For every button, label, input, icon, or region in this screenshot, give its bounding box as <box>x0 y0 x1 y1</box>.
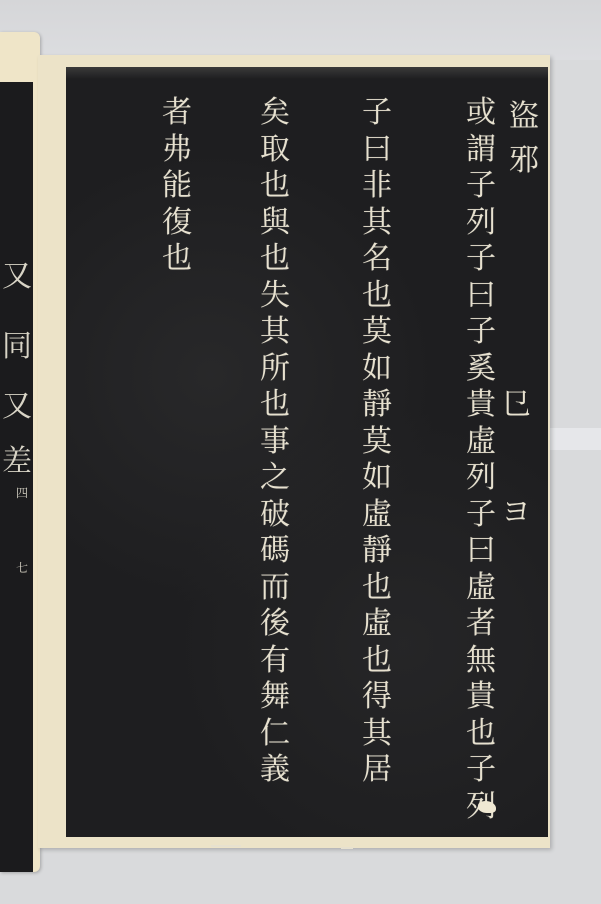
glyph: 其 <box>260 314 290 351</box>
mid-mark: 㔾 <box>501 379 531 423</box>
glyph: 虛 <box>466 424 496 461</box>
glyph: 取 <box>260 132 290 169</box>
glyph: 也 <box>362 643 392 680</box>
glyph: 與 <box>260 205 290 242</box>
glyph: 列 <box>466 460 496 497</box>
glyph: 邪 <box>509 139 539 183</box>
left-char: 又 <box>2 392 32 422</box>
glyph: 所 <box>260 351 290 388</box>
glyph: 者 <box>466 606 496 643</box>
backdrop-band <box>548 428 601 450</box>
glyph: 也 <box>362 278 392 315</box>
glyph: 其 <box>362 716 392 753</box>
glyph: 也 <box>466 716 496 753</box>
glyph: 也 <box>260 387 290 424</box>
mid-mark: ヨ <box>501 487 531 531</box>
ink-top-edge <box>66 67 548 79</box>
glyph: 子 <box>466 497 496 534</box>
rubbing-page: 盜邪 或謂子列子曰子奚貴虛列子曰虛者無貴也子列 子曰非其名也莫如靜莫如虛靜也虛也… <box>38 55 550 848</box>
glyph: 子 <box>466 314 496 351</box>
glyph: 後 <box>260 606 290 643</box>
glyph: 非 <box>362 168 392 205</box>
backdrop-top <box>0 0 601 60</box>
glyph: 矣 <box>260 95 290 132</box>
glyph: 貴 <box>466 387 496 424</box>
page-number-mark: 四 <box>16 487 28 499</box>
glyph: 弗 <box>162 132 192 169</box>
glyph: 失 <box>260 278 290 315</box>
glyph: 義 <box>260 752 290 789</box>
glyph: 謂 <box>466 132 496 169</box>
text-column-5: 者弗能復也 <box>162 95 192 278</box>
glyph: 仁 <box>260 716 290 753</box>
glyph: 子 <box>466 241 496 278</box>
glyph: 也 <box>260 168 290 205</box>
glyph: 碼 <box>260 533 290 570</box>
glyph: 曰 <box>362 132 392 169</box>
glyph: 如 <box>362 460 392 497</box>
glyph: 曰 <box>466 533 496 570</box>
glyph: 也 <box>260 241 290 278</box>
left-char: 同 <box>2 332 32 362</box>
glyph: 靜 <box>362 387 392 424</box>
glyph: 復 <box>162 205 192 242</box>
glyph: 莫 <box>362 424 392 461</box>
left-facing-page: 又 同 又 差 四 七 <box>0 32 40 872</box>
glyph: 奚 <box>466 351 496 388</box>
glyph: 名 <box>362 241 392 278</box>
left-char: 差 <box>2 447 32 477</box>
glyph: 也 <box>362 570 392 607</box>
paper-speck <box>478 801 496 813</box>
dash-mark <box>341 847 353 849</box>
text-column-1: 盜邪 <box>509 95 539 183</box>
glyph: 曰 <box>466 278 496 315</box>
glyph: 靜 <box>362 533 392 570</box>
left-page-ink-area: 又 同 又 差 四 七 <box>0 82 33 872</box>
glyph: 事 <box>260 424 290 461</box>
glyph: 居 <box>362 752 392 789</box>
ink-rubbing-area: 盜邪 或謂子列子曰子奚貴虛列子曰虛者無貴也子列 子曰非其名也莫如靜莫如虛靜也虛也… <box>66 67 548 837</box>
dash-mark <box>211 845 241 847</box>
glyph: 而 <box>260 570 290 607</box>
page-number-mark: 七 <box>16 562 28 574</box>
glyph: 舞 <box>260 679 290 716</box>
glyph: 者 <box>162 95 192 132</box>
glyph: 子 <box>362 95 392 132</box>
glyph: 也 <box>162 241 192 278</box>
glyph: 如 <box>362 351 392 388</box>
glyph: 或 <box>466 95 496 132</box>
glyph: 有 <box>260 643 290 680</box>
glyph: 之 <box>260 460 290 497</box>
glyph: 虛 <box>362 497 392 534</box>
glyph: 子 <box>466 168 496 205</box>
glyph: 盜 <box>509 95 539 139</box>
glyph: 其 <box>362 205 392 242</box>
glyph: 得 <box>362 679 392 716</box>
glyph: 破 <box>260 497 290 534</box>
glyph: 貴 <box>466 679 496 716</box>
left-char: 又 <box>2 262 32 292</box>
text-column-2: 或謂子列子曰子奚貴虛列子曰虛者無貴也子列 <box>466 95 496 825</box>
text-column-3: 子曰非其名也莫如靜莫如虛靜也虛也得其居 <box>362 95 392 789</box>
glyph: 虛 <box>466 570 496 607</box>
glyph: 列 <box>466 205 496 242</box>
glyph: 莫 <box>362 314 392 351</box>
glyph: 無 <box>466 643 496 680</box>
glyph: 虛 <box>362 606 392 643</box>
text-column-4: 矣取也與也失其所也事之破碼而後有舞仁義 <box>260 95 290 789</box>
glyph: 能 <box>162 168 192 205</box>
glyph: 子 <box>466 752 496 789</box>
